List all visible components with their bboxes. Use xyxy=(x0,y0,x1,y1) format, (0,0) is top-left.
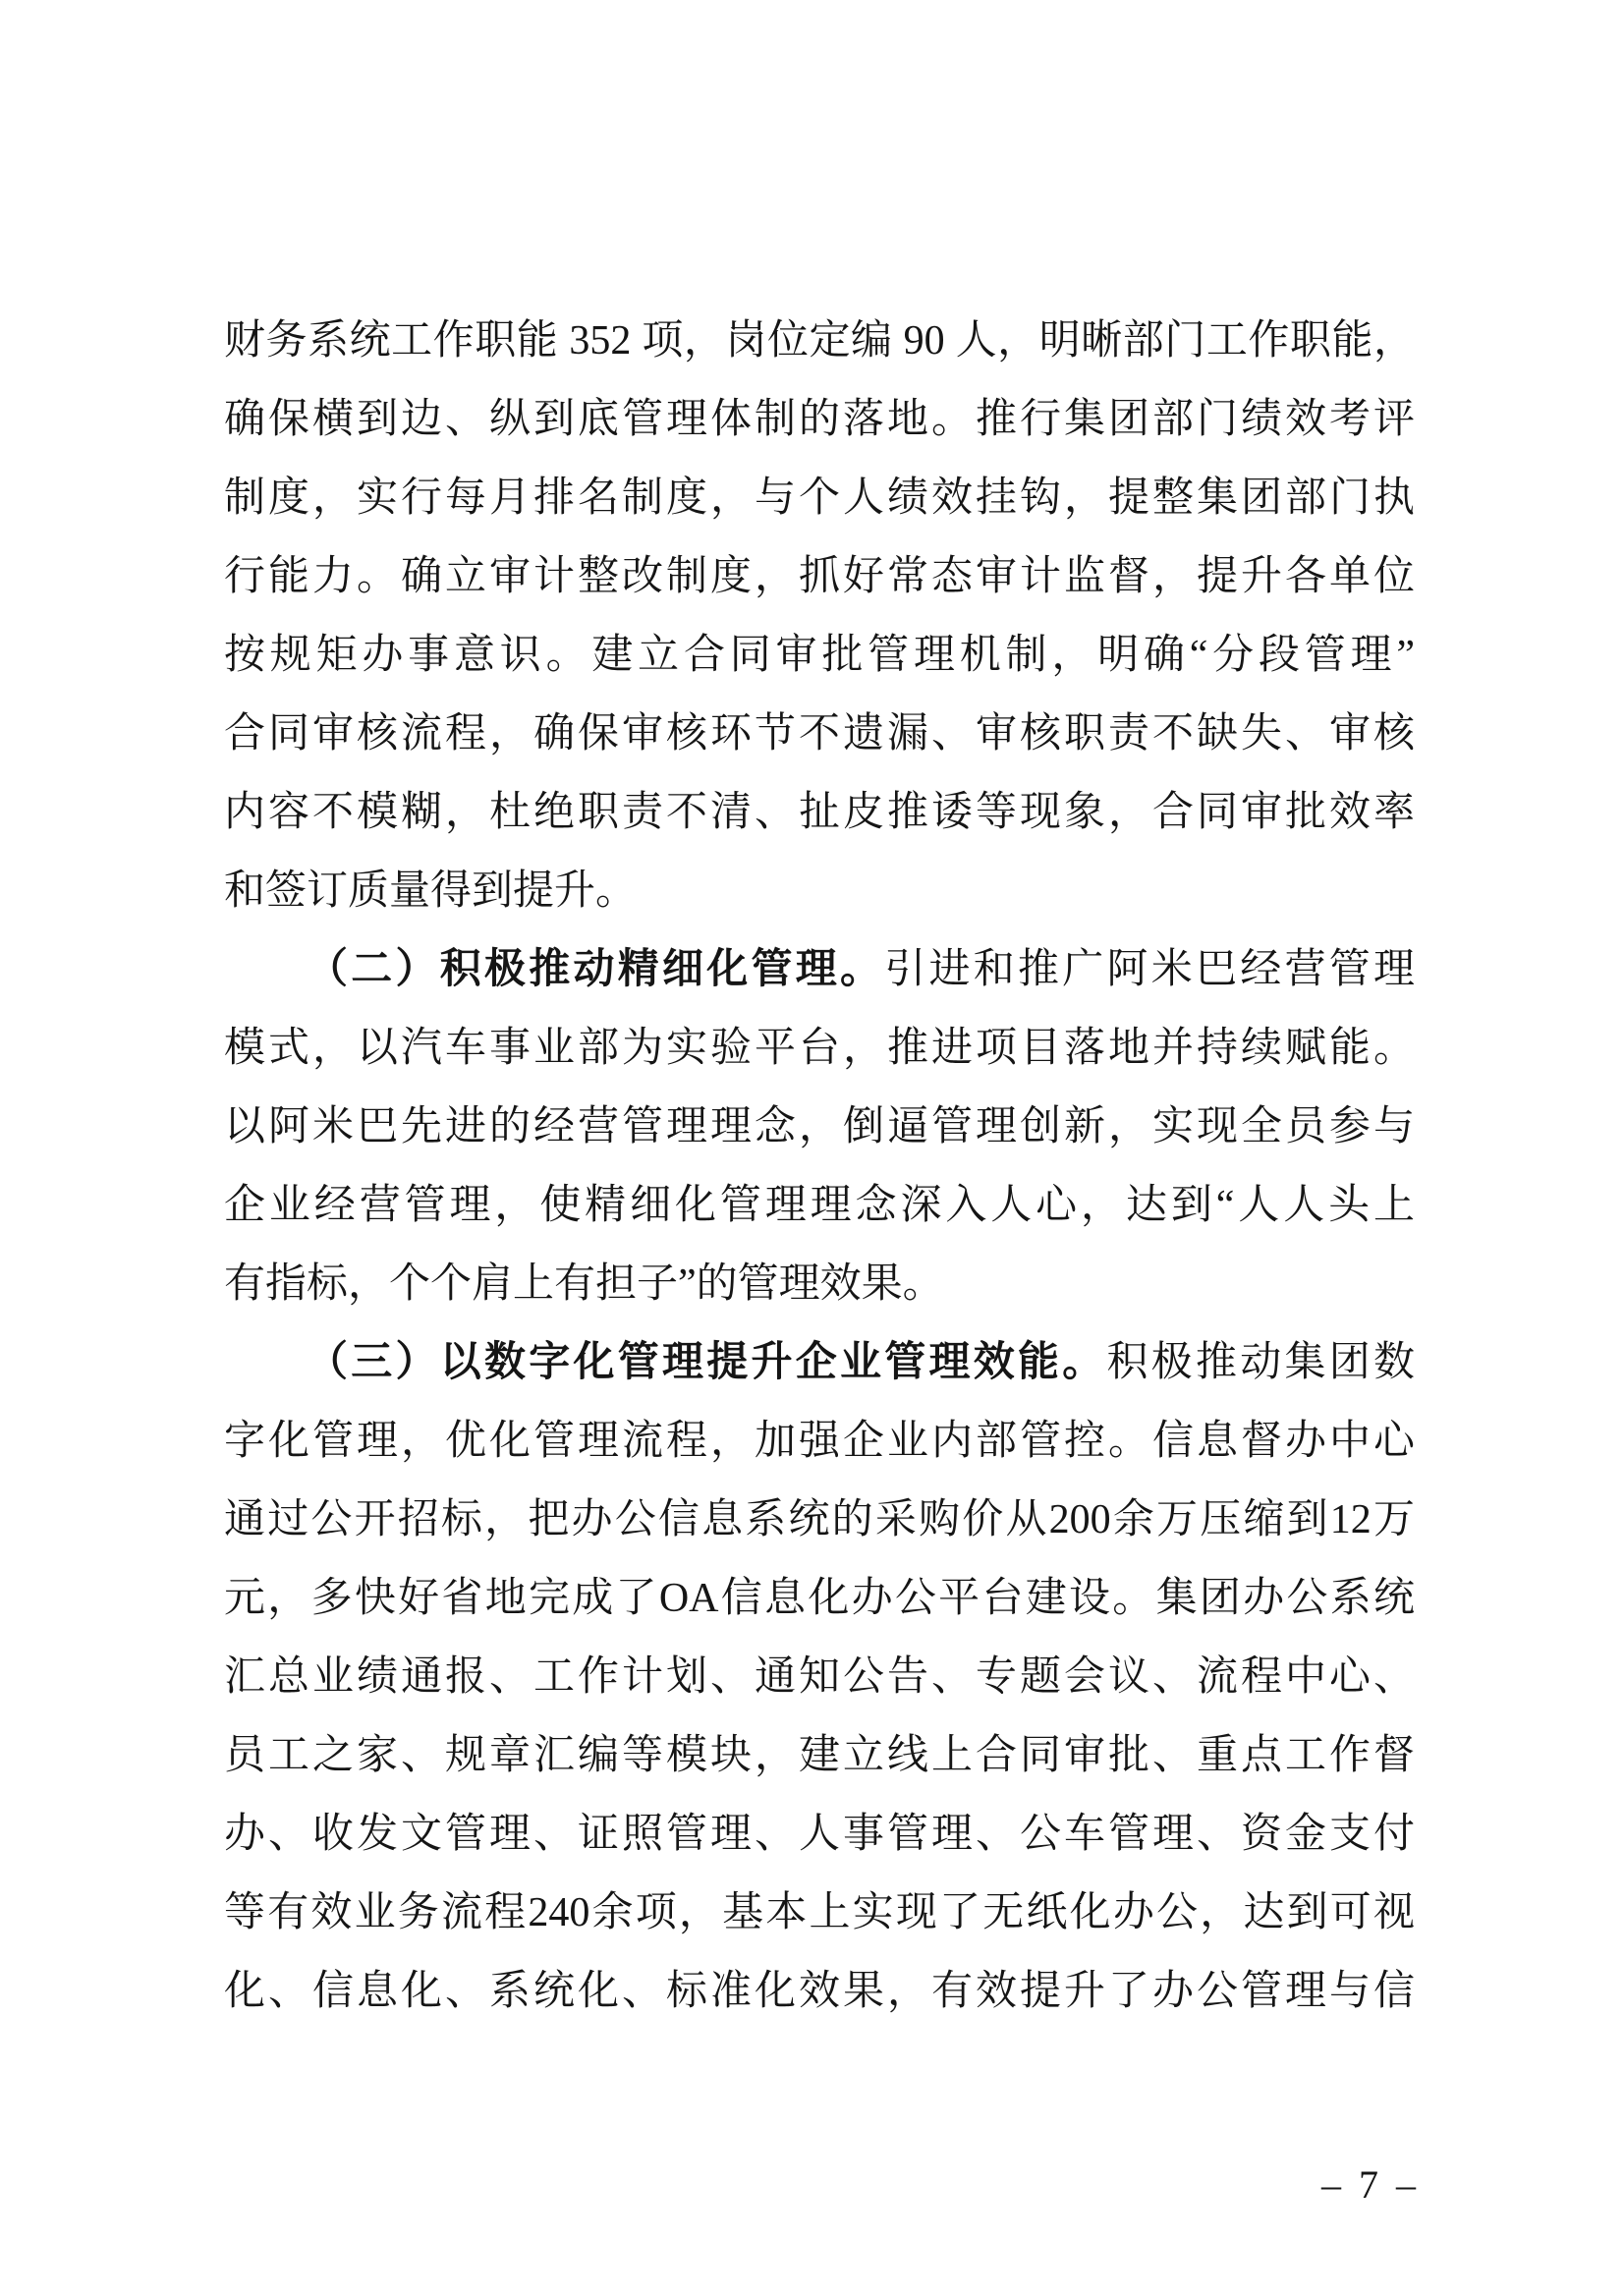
text-line: 按规矩办事意识。建立合同审批管理机制，明确“分段管理” xyxy=(224,616,1415,695)
text-line: 合同审核流程，确保审核环节不遗漏、审核职责不缺失、审核 xyxy=(224,695,1415,773)
text-line: 以阿米巴先进的经营管理理念，倒逼管理创新，实现全员参与 xyxy=(224,1088,1415,1166)
section-heading: （二）积极推动精细化管理。 xyxy=(307,947,884,992)
text-line: 企业经营管理，使精细化管理理念深入人心，达到“人人头上 xyxy=(224,1166,1415,1245)
text-line: 模式，以汽车事业部为实验平台，推进项目落地并持续赋能。 xyxy=(224,1009,1415,1088)
text-line: 等有效业务流程240余项，基本上实现了无纸化办公，达到可视 xyxy=(224,1874,1415,1952)
text-line: 化、信息化、系统化、标准化效果，有效提升了办公管理与信 xyxy=(224,1952,1415,2031)
text-line: 财务系统工作职能 352 项，岗位定编 90 人，明晰部门工作职能， xyxy=(224,302,1415,380)
text-line: 员工之家、规章汇编等模块，建立线上合同审批、重点工作督 xyxy=(224,1716,1415,1795)
text-line: 字化管理，优化管理流程，加强企业内部管控。信息督办中心 xyxy=(224,1402,1415,1481)
text-line: 通过公开招标，把办公信息系统的采购价从200余万压缩到12万 xyxy=(224,1481,1415,1559)
text-line: 确保横到边、纵到底管理体制的落地。推行集团部门绩效考评 xyxy=(224,380,1415,459)
text-line: 内容不模糊，杜绝职责不清、扯皮推诿等现象，合同审批效率 xyxy=(224,773,1415,852)
text-line: （三）以数字化管理提升企业管理效能。积极推动集团数 xyxy=(224,1323,1415,1402)
text-line: （二）积极推动精细化管理。引进和推广阿米巴经营管理 xyxy=(224,930,1415,1009)
text-line: 汇总业绩通报、工作计划、通知公告、专题会议、流程中心、 xyxy=(224,1638,1415,1716)
text-line: 办、收发文管理、证照管理、人事管理、公车管理、资金支付 xyxy=(224,1795,1415,1874)
text-line: 有指标，个个肩上有担子”的管理效果。 xyxy=(224,1245,1415,1323)
page-number: – 7 – xyxy=(1307,2157,1434,2212)
text-line: 和签订质量得到提升。 xyxy=(224,852,1415,930)
text-line: 元，多快好省地完成了OA信息化办公平台建设。集团办公系统 xyxy=(224,1559,1415,1638)
text-line: 制度，实行每月排名制度，与个人绩效挂钩，提整集团部门执 xyxy=(224,459,1415,537)
text-line: 行能力。确立审计整改制度，抓好常态审计监督，提升各单位 xyxy=(224,537,1415,616)
document-body: 财务系统工作职能 352 项，岗位定编 90 人，明晰部门工作职能，确保横到边、… xyxy=(224,302,1415,2031)
document-page: 财务系统工作职能 352 项，岗位定编 90 人，明晰部门工作职能，确保横到边、… xyxy=(0,0,1624,2296)
section-heading: （三）以数字化管理提升企业管理效能。 xyxy=(307,1340,1106,1385)
